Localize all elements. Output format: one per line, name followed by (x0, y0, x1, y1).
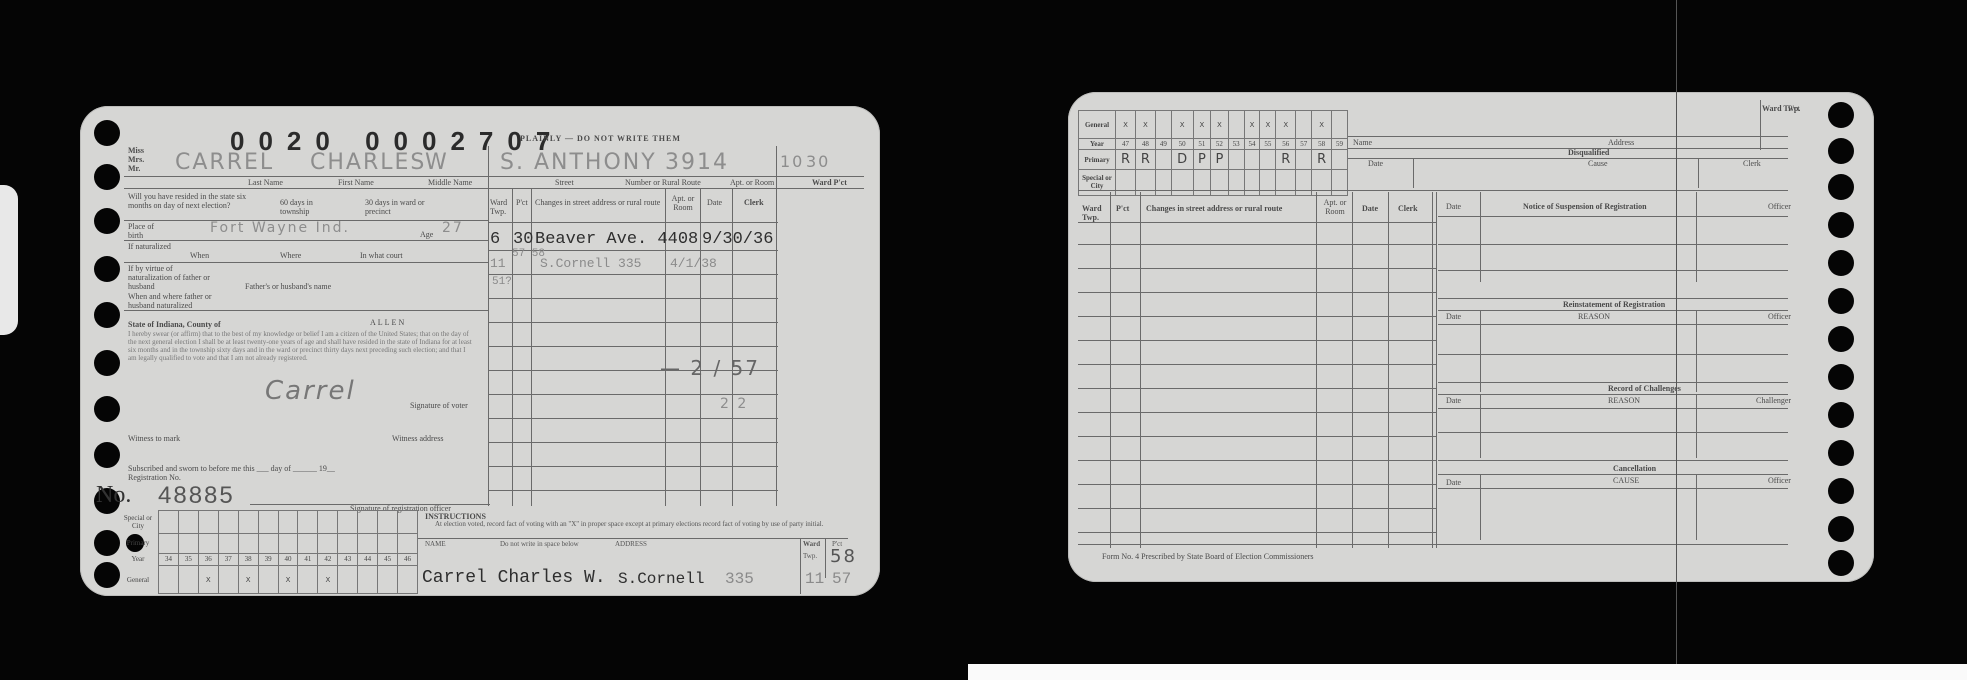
naturalized-when: When (190, 251, 209, 260)
back-changes-header-clerk: Clerk (1398, 204, 1418, 213)
handwritten-street: S. ANTHONY (500, 150, 657, 175)
stub-pct-value: 57 (832, 570, 851, 588)
punch-hole (94, 442, 120, 468)
label-first-name: First Name (338, 178, 374, 187)
ward-value: 10 (780, 152, 804, 171)
changes-header-apt: Apt. or Room (668, 194, 698, 212)
back-changes-header-ward: Ward Twp. (1082, 204, 1108, 222)
naturalized-court: In what court (360, 251, 403, 260)
stub-ward-label: Ward (803, 540, 820, 548)
back-voting-record: General XXXXXXXXX Year 47484950515253545… (1078, 110, 1348, 196)
changes-header-ward: Ward Twp. (490, 198, 512, 216)
father-when-where-label: When and where father or husband natural… (128, 292, 223, 310)
title-options: MissMrs.Mr. (128, 146, 144, 173)
changes-row3-ward: 51? (492, 276, 512, 288)
punch-hole (94, 302, 120, 328)
residence-60-days: 60 days in township (280, 198, 340, 216)
challenges-date-label: Date (1446, 396, 1461, 405)
punch-hole (1828, 138, 1854, 164)
punch-hole (1828, 102, 1854, 128)
handwritten-middle-initial: W (425, 150, 449, 175)
scan-white-strip (968, 664, 1967, 680)
instructions-text: At election voted, record fact of voting… (435, 520, 855, 528)
label-ward-pct: Ward P'ct (812, 178, 847, 187)
handwritten-first-name: CHARLES (310, 150, 426, 175)
punch-hole (94, 562, 120, 588)
punch-hole (1828, 440, 1854, 466)
label-apt: Apt. or Room (730, 178, 774, 187)
punch-hole (1828, 516, 1854, 542)
witness-label: Witness to mark (128, 434, 180, 443)
changes-row2-ward: 11 (490, 256, 506, 271)
stub-pct-handwritten: 58 (830, 546, 857, 567)
punch-hole (94, 208, 120, 234)
back-address-label: Address (1608, 138, 1634, 147)
changes-row1-ward: 6 (490, 230, 500, 249)
punch-hole (94, 396, 120, 422)
registration-no-label: Registration No. (128, 473, 181, 482)
place-of-birth-value: Fort Wayne Ind. (210, 220, 350, 236)
age-label: Age (420, 230, 433, 239)
label-last-name: Last Name (248, 178, 283, 187)
disqualified-date-label: Date (1368, 159, 1383, 168)
changes-row1-date: 9/30/36 (702, 230, 773, 249)
disqualified-label: Disqualified (1568, 148, 1609, 157)
stub-number-value: 335 (725, 570, 754, 588)
punch-hole (94, 530, 120, 556)
header-notice: PLAINLY — DO NOT WRITE THEM (520, 134, 681, 143)
label-street: Street (555, 178, 574, 187)
naturalized-where: Where (280, 251, 301, 260)
cancellation-officer-label: Officer (1768, 476, 1791, 485)
changes-row2-address: S.Cornell 335 (540, 256, 641, 271)
changes-row1-address: Beaver Ave. 4408 (535, 230, 698, 249)
back-changes-header-apt: Apt. or Room (1320, 198, 1350, 216)
father-husband-name-label: Father's or husband's name (245, 282, 331, 291)
disqualified-clerk-label: Clerk (1743, 159, 1761, 168)
card-back: General XXXXXXXXX Year 47484950515253545… (1068, 92, 1874, 582)
punch-hole (1828, 364, 1854, 390)
handwritten-note: — 2 / 57 (660, 356, 760, 380)
back-name-label: Name (1353, 138, 1372, 147)
label-middle-name: Middle Name (428, 178, 472, 187)
stub-address-label: ADDRESS (615, 540, 647, 548)
cancellation-date-label: Date (1446, 478, 1461, 487)
naturalized-label: If naturalized (128, 242, 188, 251)
stub-name-value: Carrel Charles W. (422, 568, 606, 588)
punch-hole (1828, 174, 1854, 200)
reinstatement-reason-label: REASON (1578, 312, 1610, 321)
punch-hole (94, 350, 120, 376)
punch-hole (1828, 402, 1854, 428)
scan-scratch-line (1676, 0, 1677, 680)
place-of-birth-label: Place of birth (128, 222, 168, 240)
punch-hole (1828, 326, 1854, 352)
stub-ward-value: 11 (805, 570, 824, 588)
cancellation-title: Cancellation (1613, 464, 1656, 473)
handwritten-number: 3914 (665, 150, 729, 175)
residence-question: Will you have resided in the state six m… (128, 192, 248, 210)
naturalization-father-label: If by virtue of naturalization of father… (128, 264, 218, 291)
card-front: 0020 0002707 PLAINLY — DO NOT WRITE THEM… (80, 106, 880, 596)
back-changes-header-address: Changes in street address or rural route (1146, 204, 1282, 213)
challenges-title: Record of Challenges (1608, 384, 1681, 393)
suspension-date-label: Date (1446, 202, 1461, 211)
witness-address-label: Witness address (392, 434, 443, 443)
punch-hole (94, 164, 120, 190)
changes-row1-pct: 30 (513, 230, 533, 249)
subscribed-line: Subscribed and sworn to before me this _… (128, 464, 335, 473)
oath-text: I hereby swear (or affirm) that to the b… (128, 330, 473, 362)
stub-address-value: S.Cornell (618, 570, 704, 588)
residence-30-days: 30 days in ward or precinct (365, 198, 435, 216)
county-value: ALLEN (370, 318, 406, 327)
handwritten-last-name: CARREL (175, 150, 274, 175)
pct-value: 30 (806, 152, 830, 171)
signature-label: Signature of voter (410, 401, 468, 410)
punch-hole (1828, 250, 1854, 276)
registration-no-prefix: No. (96, 482, 131, 509)
changes-row2-date: 4/1/38 (670, 256, 717, 271)
punch-hole (1828, 478, 1854, 504)
stub-no-write-label: Do not write in space below (500, 540, 579, 548)
changes-header-clerk: Clerk (744, 198, 764, 207)
back-pct-label: P'ct (1788, 104, 1800, 113)
age-value: 27 (442, 220, 464, 236)
cancellation-cause-label: CAUSE (1613, 476, 1639, 485)
voter-signature: Carrel (265, 376, 356, 406)
challenges-reason-label: REASON (1608, 396, 1640, 405)
state-line: State of Indiana, County of (128, 320, 221, 329)
registration-no: 48885 (158, 482, 235, 510)
back-changes-header-date: Date (1362, 204, 1378, 213)
punch-hole (94, 120, 120, 146)
scan-edge-artifact (0, 185, 18, 335)
front-voting-record: Special or City Primary Year 34353637383… (118, 510, 418, 594)
stub-name-label: NAME (425, 540, 446, 548)
changes-header-address: Changes in street address or rural route (535, 198, 665, 207)
back-changes-header-pct: P'ct (1116, 204, 1129, 213)
suspension-officer-label: Officer (1768, 202, 1791, 211)
form-footer: Form No. 4 Prescribed by State Board of … (1102, 552, 1314, 561)
punch-hole (1828, 288, 1854, 314)
reinstatement-title: Reinstatement of Registration (1563, 300, 1665, 309)
punch-hole (1828, 212, 1854, 238)
punch-hole (94, 256, 120, 282)
punch-hole (1828, 550, 1854, 576)
changes-header-pct: P'ct (516, 198, 528, 207)
handwritten-note-2: 2 2 (720, 396, 748, 412)
label-number: Number or Rural Route (625, 178, 701, 187)
disqualified-cause-label: Cause (1588, 159, 1608, 168)
challenges-challenger-label: Challenger (1756, 396, 1791, 405)
suspension-title: Notice of Suspension of Registration (1523, 202, 1647, 211)
changes-header-date: Date (707, 198, 722, 207)
reinstatement-officer-label: Officer (1768, 312, 1791, 321)
stub-twp-label: Twp. (803, 552, 817, 560)
reinstatement-date-label: Date (1446, 312, 1461, 321)
